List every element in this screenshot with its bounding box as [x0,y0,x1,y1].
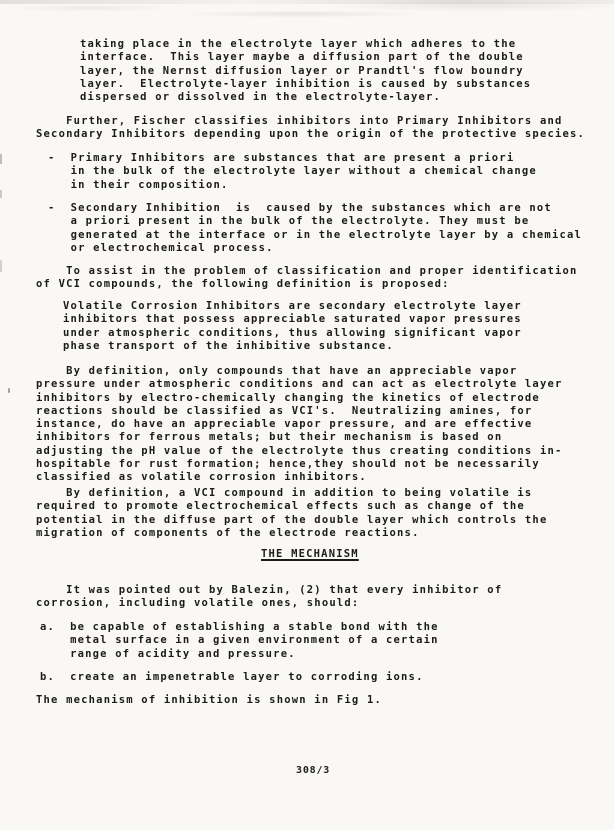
scan-smudge [0,0,614,26]
text-line: inhibitors for ferrous metals; but their… [36,431,563,444]
bullet-primary-inhibitors: - Primary Inhibitors are substances that… [48,152,537,192]
text-line: The mechanism of inhibition is shown in … [36,694,382,707]
paragraph-by-definition-vapor: By definition, only compounds that have … [36,365,563,485]
section-heading-the-mechanism: THE MECHANISM [261,548,359,561]
text-line: range of acidity and pressure. [40,648,439,661]
text-line: required to promote electrochemical effe… [36,500,547,513]
text-line: - Primary Inhibitors are substances that… [48,152,537,165]
paragraph-by-definition-vci: By definition, a VCI compound in additio… [36,487,547,540]
bullet-secondary-inhibition: - Secondary Inhibition is caused by the … [48,202,582,255]
text-line: By definition, only compounds that have … [36,365,563,378]
text-line: - Secondary Inhibition is caused by the … [48,202,582,215]
text-line: Secondary Inhibitors depending upon the … [36,128,585,141]
scanned-paper-page: taking place in the electrolyte layer wh… [0,0,614,830]
text-line: classified as volatile corrosion inhibit… [36,471,563,484]
text-line: potential in the diffuse part of the dou… [36,514,547,527]
text-line: b. create an impenetrable layer to corro… [40,671,424,684]
paragraph-vci-definition-intro: To assist in the problem of classificati… [36,265,578,292]
text-line: inhibitors that possess appreciable satu… [63,313,522,326]
list-item-b: b. create an impenetrable layer to corro… [40,671,424,684]
text-line: layer. Electrolyte-layer inhibition is c… [80,78,531,91]
page-number: 308/3 [296,765,330,776]
text-line: THE MECHANISM [261,548,359,561]
text-line: a priori present in the bulk of the elec… [48,215,582,228]
text-line: inhibitors by electro-chemically changin… [36,392,563,405]
text-line: pressure under atmospheric conditions an… [36,378,563,391]
blockquote-vci-definition: Volatile Corrosion Inhibitors are second… [63,300,522,353]
text-line: reactions should be classified as VCI's.… [36,405,563,418]
paragraph-electrolyte-layer: taking place in the electrolyte layer wh… [80,38,531,104]
text-line: layer, the Nernst diffusion layer or Pra… [80,65,531,78]
text-line: hospitable for rust formation; hence,the… [36,458,563,471]
text-line: taking place in the electrolyte layer wh… [80,38,531,51]
text-line: dispersed or dissolved in the electrolyt… [80,91,531,104]
text-line: interface. This layer maybe a diffusion … [80,51,531,64]
paragraph-fig1-reference: The mechanism of inhibition is shown in … [36,694,382,707]
text-line: generated at the interface or in the ele… [48,229,582,242]
text-line: or electrochemical process. [48,242,582,255]
text-line: Further, Fischer classifies inhibitors i… [36,115,585,128]
text-line: of VCI compounds, the following definiti… [36,278,578,291]
paragraph-balezin: It was pointed out by Balezin, (2) that … [36,584,502,611]
text-line: phase transport of the inhibitive substa… [63,340,522,353]
list-item-a: a. be capable of establishing a stable b… [40,621,439,661]
text-line: under atmospheric conditions, thus allow… [63,327,522,340]
text-line: Volatile Corrosion Inhibitors are second… [63,300,522,313]
scan-speck [8,388,10,393]
text-line: It was pointed out by Balezin, (2) that … [36,584,502,597]
text-line: corrosion, including volatile ones, shou… [36,597,502,610]
text-line: By definition, a VCI compound in additio… [36,487,547,500]
text-line: instance, do have an appreciable vapor p… [36,418,563,431]
text-line: To assist in the problem of classificati… [36,265,578,278]
text-line: a. be capable of establishing a stable b… [40,621,439,634]
text-line: in the bulk of the electrolyte layer wit… [48,165,537,178]
scan-edge-marks [0,150,4,280]
text-line: migration of components of the electrode… [36,527,547,540]
text-line: adjusting the pH value of the electrolyt… [36,445,563,458]
text-line: metal surface in a given environment of … [40,634,439,647]
paragraph-fischer-classification: Further, Fischer classifies inhibitors i… [36,115,585,142]
text-line: in their composition. [48,179,537,192]
